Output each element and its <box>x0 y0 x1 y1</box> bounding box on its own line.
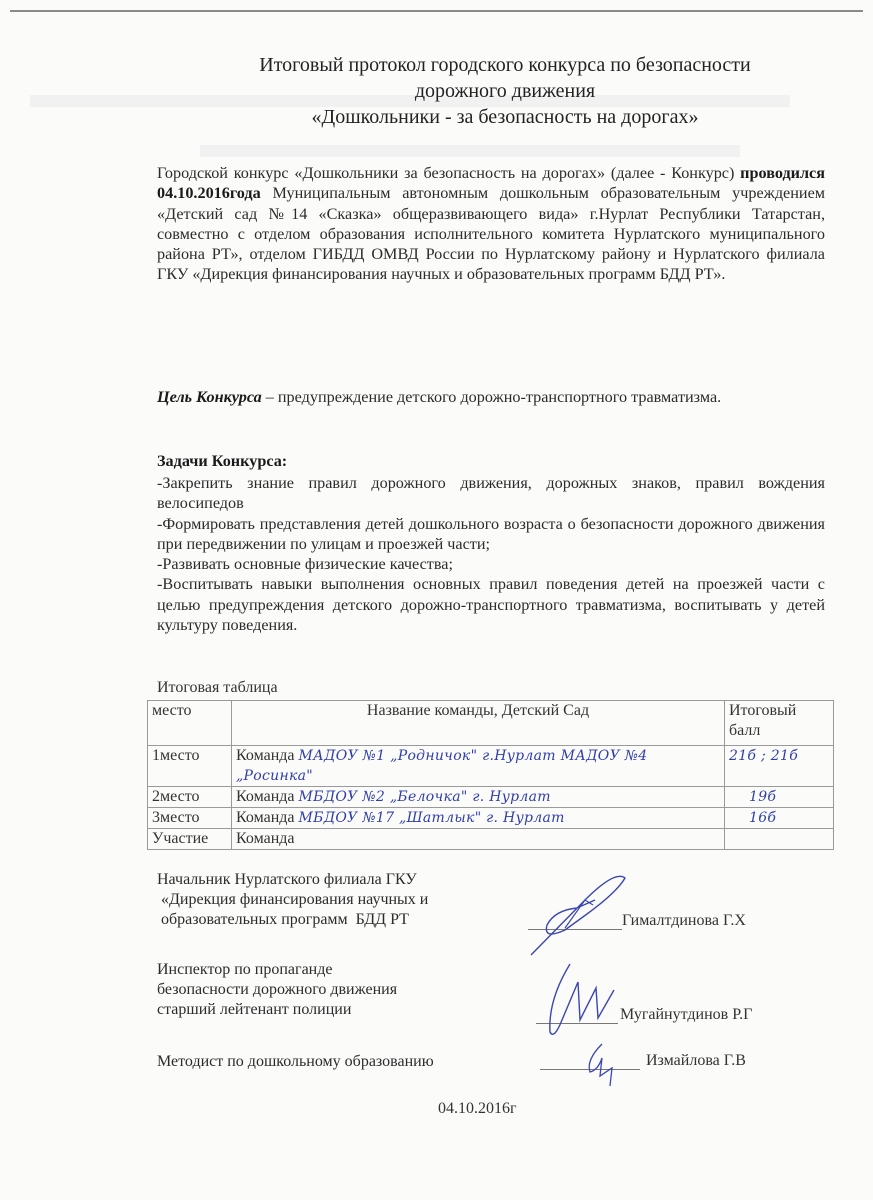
table-row: 3место Команда МБДОУ №17 „Шатлык" г. Нур… <box>148 808 834 829</box>
document-date: 04.10.2016г <box>438 1100 517 1118</box>
cell-score: 21б ; 21б <box>725 746 834 787</box>
task-item: -Формировать представления детей дошколь… <box>157 514 825 555</box>
handwritten-team: МАДОУ №1 „Родничок" г.Нурлат МАДОУ №4 „Р… <box>236 748 648 784</box>
signature-scribble-icon <box>580 1040 620 1090</box>
cell-team: Команда МБДОУ №17 „Шатлык" г. Нурлат <box>232 808 725 829</box>
team-prefix: Команда <box>236 830 295 847</box>
header-team: Название команды, Детский Сад <box>232 701 725 746</box>
handwritten-score: 19б <box>749 789 776 805</box>
cell-place: 1место <box>148 746 232 787</box>
signature-scribble-icon <box>540 960 630 1040</box>
task-item: -Закрепить знание правил дорожного движе… <box>157 473 825 514</box>
signature-position-3: Методист по дошкольному образованию <box>157 1052 434 1072</box>
handwritten-score: 21б ; 21б <box>729 748 798 764</box>
handwritten-team: МБДОУ №17 „Шатлык" г. Нурлат <box>299 810 565 826</box>
cell-score: 19б <box>725 787 834 808</box>
cell-score: 16б <box>725 808 834 829</box>
position-line: Начальник Нурлатского филиала ГКУ <box>157 870 428 890</box>
title-line-3: «Дошкольники - за безопасность на дорога… <box>150 104 860 130</box>
document-title: Итоговый протокол городского конкурса по… <box>150 52 860 130</box>
table-header-row: место Название команды, Детский Сад Итог… <box>148 701 834 746</box>
team-prefix: Команда <box>236 788 295 805</box>
cell-score <box>725 829 834 850</box>
table-row: 2место Команда МБДОУ №2 „Белочка" г. Нур… <box>148 787 834 808</box>
position-line: Методист по дошкольному образованию <box>157 1052 434 1072</box>
scan-top-edge <box>10 10 863 12</box>
title-line-1: Итоговый протокол городского конкурса по… <box>150 52 860 78</box>
cell-team: Команда <box>232 829 725 850</box>
position-line: «Дирекция финансирования научных и <box>157 890 428 910</box>
table-row: Участие Команда <box>148 829 834 850</box>
signature-position-2: Инспектор по пропаганде безопасности дор… <box>157 960 397 1020</box>
task-item: -Развивать основные физические качества; <box>157 554 825 574</box>
table-row: 1место Команда МАДОУ №1 „Родничок" г.Нур… <box>148 746 834 787</box>
goal-paragraph: Цель Конкурса – предупреждение детского … <box>157 384 767 411</box>
signer-name-3: Измайлова Г.В <box>646 1052 746 1070</box>
goal-label: Цель Конкурса <box>157 388 262 406</box>
cell-place: 2место <box>148 787 232 808</box>
cell-team: Команда МБДОУ №2 „Белочка" г. Нурлат <box>232 787 725 808</box>
header-score: Итоговый балл <box>725 701 834 746</box>
header-place: место <box>148 701 232 746</box>
cell-place: 3место <box>148 808 232 829</box>
team-prefix: Команда <box>236 809 295 826</box>
goal-text: – предупреждение детского дорожно-трансп… <box>262 388 722 406</box>
intro-paragraph: Городской конкурс «Дошкольники за безопа… <box>157 163 825 285</box>
table-caption: Итоговая таблица <box>157 679 278 697</box>
task-item: -Воспитывать навыки выполнения основных … <box>157 574 825 635</box>
tasks-heading: Задачи Конкурса: <box>157 452 287 471</box>
position-line: безопасности дорожного движения <box>157 980 397 1000</box>
title-line-2: дорожного движения <box>150 78 860 104</box>
results-table: место Название команды, Детский Сад Итог… <box>147 700 834 850</box>
scan-bleed-through <box>200 145 740 157</box>
cell-team: Команда МАДОУ №1 „Родничок" г.Нурлат МАД… <box>232 746 725 787</box>
position-line: старший лейтенант полиции <box>157 1000 397 1020</box>
position-line: образовательных программ БДД РТ <box>157 910 428 930</box>
signer-name-1: Гималтдинова Г.Х <box>622 912 746 930</box>
tasks-list: -Закрепить знание правил дорожного движе… <box>157 473 825 635</box>
cell-place: Участие <box>148 829 232 850</box>
handwritten-score: 16б <box>749 810 776 826</box>
position-line: Инспектор по пропаганде <box>157 960 397 980</box>
intro-text-1: Городской конкурс «Дошкольники за безопа… <box>157 164 740 182</box>
signer-name-2: Мугайнутдинов Р.Г <box>620 1006 752 1024</box>
team-prefix: Команда <box>236 747 295 764</box>
handwritten-team: МБДОУ №2 „Белочка" г. Нурлат <box>299 789 551 805</box>
signature-position-1: Начальник Нурлатского филиала ГКУ «Дирек… <box>157 870 428 930</box>
